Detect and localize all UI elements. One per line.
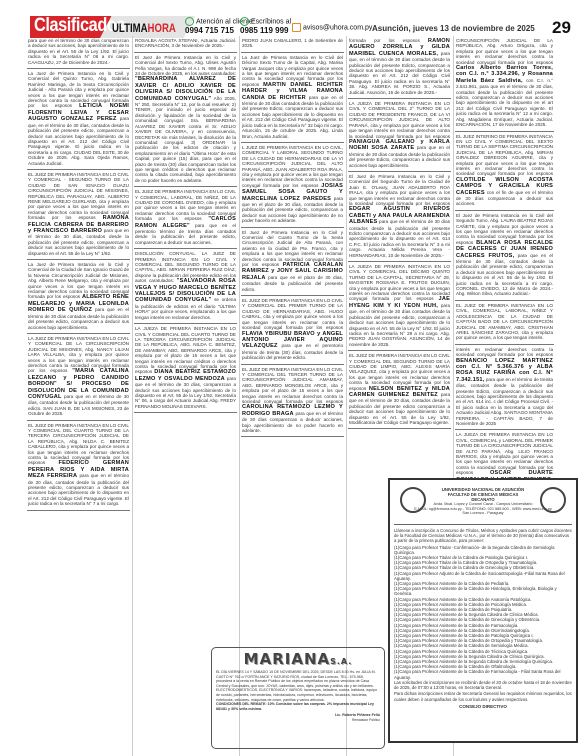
legal-notice: EL JUEZ DE PRIMERA INSTANCIA EN LO CIVIL… [27,421,130,511]
notice-text: LA JUEZA DE PRIMERA INSTANCIA EN LO CIVI… [135,326,236,374]
faculty-seal-icon [540,487,566,513]
mariana-logo: MARIANAS.A. [216,651,380,670]
positions-list: (1)Cargo para Profesor Titular -Confirma… [394,545,572,680]
whatsapp-number[interactable]: 0985 119 999 [240,26,289,35]
legal-notice: PEDRO JUAN CABALLERO, 1 de Setiembre de … [241,36,344,53]
legal-notice: L JUEZ DE PRIMERA INSTANCIA EN LO CIVIL,… [241,143,344,228]
publication-date: Asunción, jueves 13 de noviembre de 2025 [372,24,535,33]
application-dates: Las solicitudes de inscripciones se reci… [394,680,572,690]
notice-text-tail: para que en el término de 30 días contad… [242,95,343,139]
university-header: UNIVERSIDAD NACIONAL DE ASUNCIÓN FACULTA… [394,483,572,525]
notice-text: El Juez de Primera Instancia en lo Civil… [135,55,236,76]
notice-text-tail: Año 2025, N° 250, Secretaría N° 12, por … [135,96,236,183]
legal-notice: La Juez de Primera Instancia en lo Civil… [241,53,344,143]
email-link[interactable]: avisos@uhora.com.py [303,24,372,31]
legal-notice: EL JUEZ DE PRIMERA INSTANCIA EN LO CIVIL… [348,351,451,429]
whatsapp-icon [240,17,249,26]
position-item: (1)Cargo para Profesor Adjunto de la Cát… [394,571,572,581]
auctioneer-title: Rematador Público [216,718,380,723]
legal-notice: El Juez de Primera Instancia en lo Civil… [241,228,344,296]
notice-text: LA JUEZA DE PRIMERA INSTANCIA EN LO CIVI… [349,101,450,138]
notice-text: ROSALBA ACOSTA STEFANI, Actuaria Judicia… [135,38,236,48]
city: San Lorenzo - Paraguay [394,511,572,516]
auction-body: EL DÍA VIERNES 14 Y SÁBADO 15 DE NOVIEMB… [216,670,380,702]
legal-notice: DISOLUCIÓN CONYUGAL. LA JUEZ DE PRIMERA … [134,249,237,324]
notice-text: El Juez de Primera Instancia en lo Civil… [349,174,450,206]
column-divider [132,36,133,756]
legal-notice: para que en el término de 30 días compar… [27,36,130,69]
university-notice: UNIVERSIDAD NACIONAL DE ASUNCIÓN FACULTA… [388,478,578,743]
notice-text: para que en el término de 30 días compar… [28,38,129,65]
newspaper-logo: ULTIMAHORA [112,21,176,35]
notice-text-tail: para que en el término de 30 días contad… [349,219,450,257]
position-item: (1)Cargo para Profesor Asistente de la C… [394,669,572,679]
page-number: 29 [552,18,571,38]
legal-notice: El Juez de Primera Instancia en lo Civil… [348,172,451,262]
notice-text: L JUEZ DE PRIMERA INSTANCIA EN LO CIVIL,… [242,145,343,188]
legal-notice: LA JUEZA DE PRIMERA INSTANCIA EN LO CIVI… [134,324,237,413]
legal-notice: EL JUEZ INTERINO DE PRIMERA INSTANCIA EN… [455,132,554,211]
signature: CONSEJO DIRECTIVO [394,704,572,709]
legal-notice: CIRCUNSCRIPCIÓN JUDICIAL DE LA REPÚBLICA… [455,36,554,132]
position-item: (1)Cargo para Profesor Asistente de la C… [394,586,572,596]
page-header: Clasificados ULTIMAHORA Atención al clie… [0,0,580,36]
legal-notice: EL JUEZ DE PRIMERA INSTANCIA EN LO CIVIL… [134,187,237,249]
notice-text: EL JUEZ DE PRIMERA INSTANCIA EN LO CIVIL… [28,172,129,220]
notice-text: interés en reclamar derechos contra la s… [456,347,553,357]
notice-text-tail: para que en el término de 30 días, conta… [456,253,553,297]
legal-notice: EL JUEZ DE PRIMERA INSTANCIA EN LO CIVIL… [241,296,344,364]
legal-notice: EL JUEZ DE PRIMERA INSTANCIA EN LO CIVIL… [455,301,554,345]
legal-notice: El Juez de Primera Instancia en lo Civil… [134,53,237,187]
notice-text-tail: para que, en el término de 30 días conta… [349,303,450,347]
notice-text-tail: para que, en el término de 30 días, cont… [28,116,129,165]
notice-text: EL JUEZ DE PRIMERA INSTANCIA EN LO CIVIL… [456,303,553,340]
notice-text-tail: para que, en el término de 30 días conta… [349,51,450,95]
column-2: ROSALBA ACOSTA STEFANI, Actuaria Judicia… [134,36,237,413]
legal-notice: EL JUEZ DE PRIMERA INSTANCIA EN LO CIVIL… [27,170,130,260]
position-item: (1)Cargo para Profesor Titular -Confirma… [394,545,572,555]
notice-text: CIRCUNSCRIPCIÓN JUDICIAL DE LA REPÚBLICA… [456,38,553,65]
call-intro: Llámese a inscripción a Concurso de Títu… [394,528,572,544]
legal-notice: interés en reclamar derechos contra la s… [455,345,554,431]
whatsapp-contact: Escríbinos al 0985 119 999 [240,17,291,36]
phone-number[interactable]: 0994 715 715 [185,26,234,35]
column-3: PEDRO JUAN CABALLERO, 1 de Setiembre de … [241,36,344,437]
notice-text: LA JUEZA DE PRIMERA INSTANCIA EN LO CIVI… [349,264,450,301]
university-seal-icon [400,487,426,513]
legal-notice: El Juez de Primera Instancia en lo Civil… [455,211,554,301]
legal-notice: LA JUEZA DE PRIMERA INSTANCIA EN LO CIVI… [348,262,451,351]
notice-text: formada por los esposos [349,38,420,43]
auction-conditions: CONDICIONES DEL REMATE: 10% Comisión sob… [216,702,380,711]
notice-text: PEDRO JUAN CABALLERO, 1 de Setiembre de … [242,38,343,48]
legal-notice: LA JUEZA DE PRIMERA INSTANCIA EN LO CIVI… [348,99,451,172]
notice-text: EL JUEZ DE PRIMERA INSTANCIA EN LO CIVIL… [28,423,129,466]
requirements: Para dichas inscripciones retirar de Sec… [394,691,572,701]
column-4: formada por los esposos RAMON AGUERO ZOR… [348,36,451,429]
notice-text-tail: con C.I. n.° 2.541.961, para que en el t… [456,78,553,127]
legal-notice: La Juez de Primera Instancia en lo Civil… [27,69,130,170]
auction-ad: MARIANAS.A. EL DÍA VIERNES 14 Y SÁBADO 1… [211,647,385,749]
legal-notice: EL JUEZ DE PRIMERA INSTANCIA EN LO CIVIL… [241,365,344,438]
notice-text: para que en el término de treinta días, … [456,377,553,426]
legal-notice: formada por los esposos RAMON AGUERO ZOR… [348,36,451,99]
legal-notice: La Juez de Primera Instancia en lo Civil… [27,260,130,334]
legal-notice: ROSALBA ACOSTA STEFANI, Actuaria Judicia… [134,36,237,53]
notice-text: LA JUEZA DE PRIMERA INSTANCIA EN LO CIVI… [456,432,553,475]
whatsapp-icon [185,17,194,26]
notice-text: EL JUEZ DE PRIMERA INSTANCIA EN LO CIVIL… [242,298,343,330]
column-1: para que en el término de 30 días compar… [27,36,130,511]
university-body: Llámese a inscripción a Concurso de Títu… [394,528,572,709]
notice-text: EL JUEZ INTERINO DE PRIMERA INSTANCIA EN… [456,134,553,177]
mail-icon [292,23,301,32]
email-contact: avisos@uhora.com.py [292,23,372,32]
legal-notice: LA JUEZ DE PRIMERA INSTANCIA EN LO CIVIL… [27,334,130,421]
notice-text: EL JUEZ DE PRIMERA INSTANCIA EN LO CIVIL… [242,367,343,404]
